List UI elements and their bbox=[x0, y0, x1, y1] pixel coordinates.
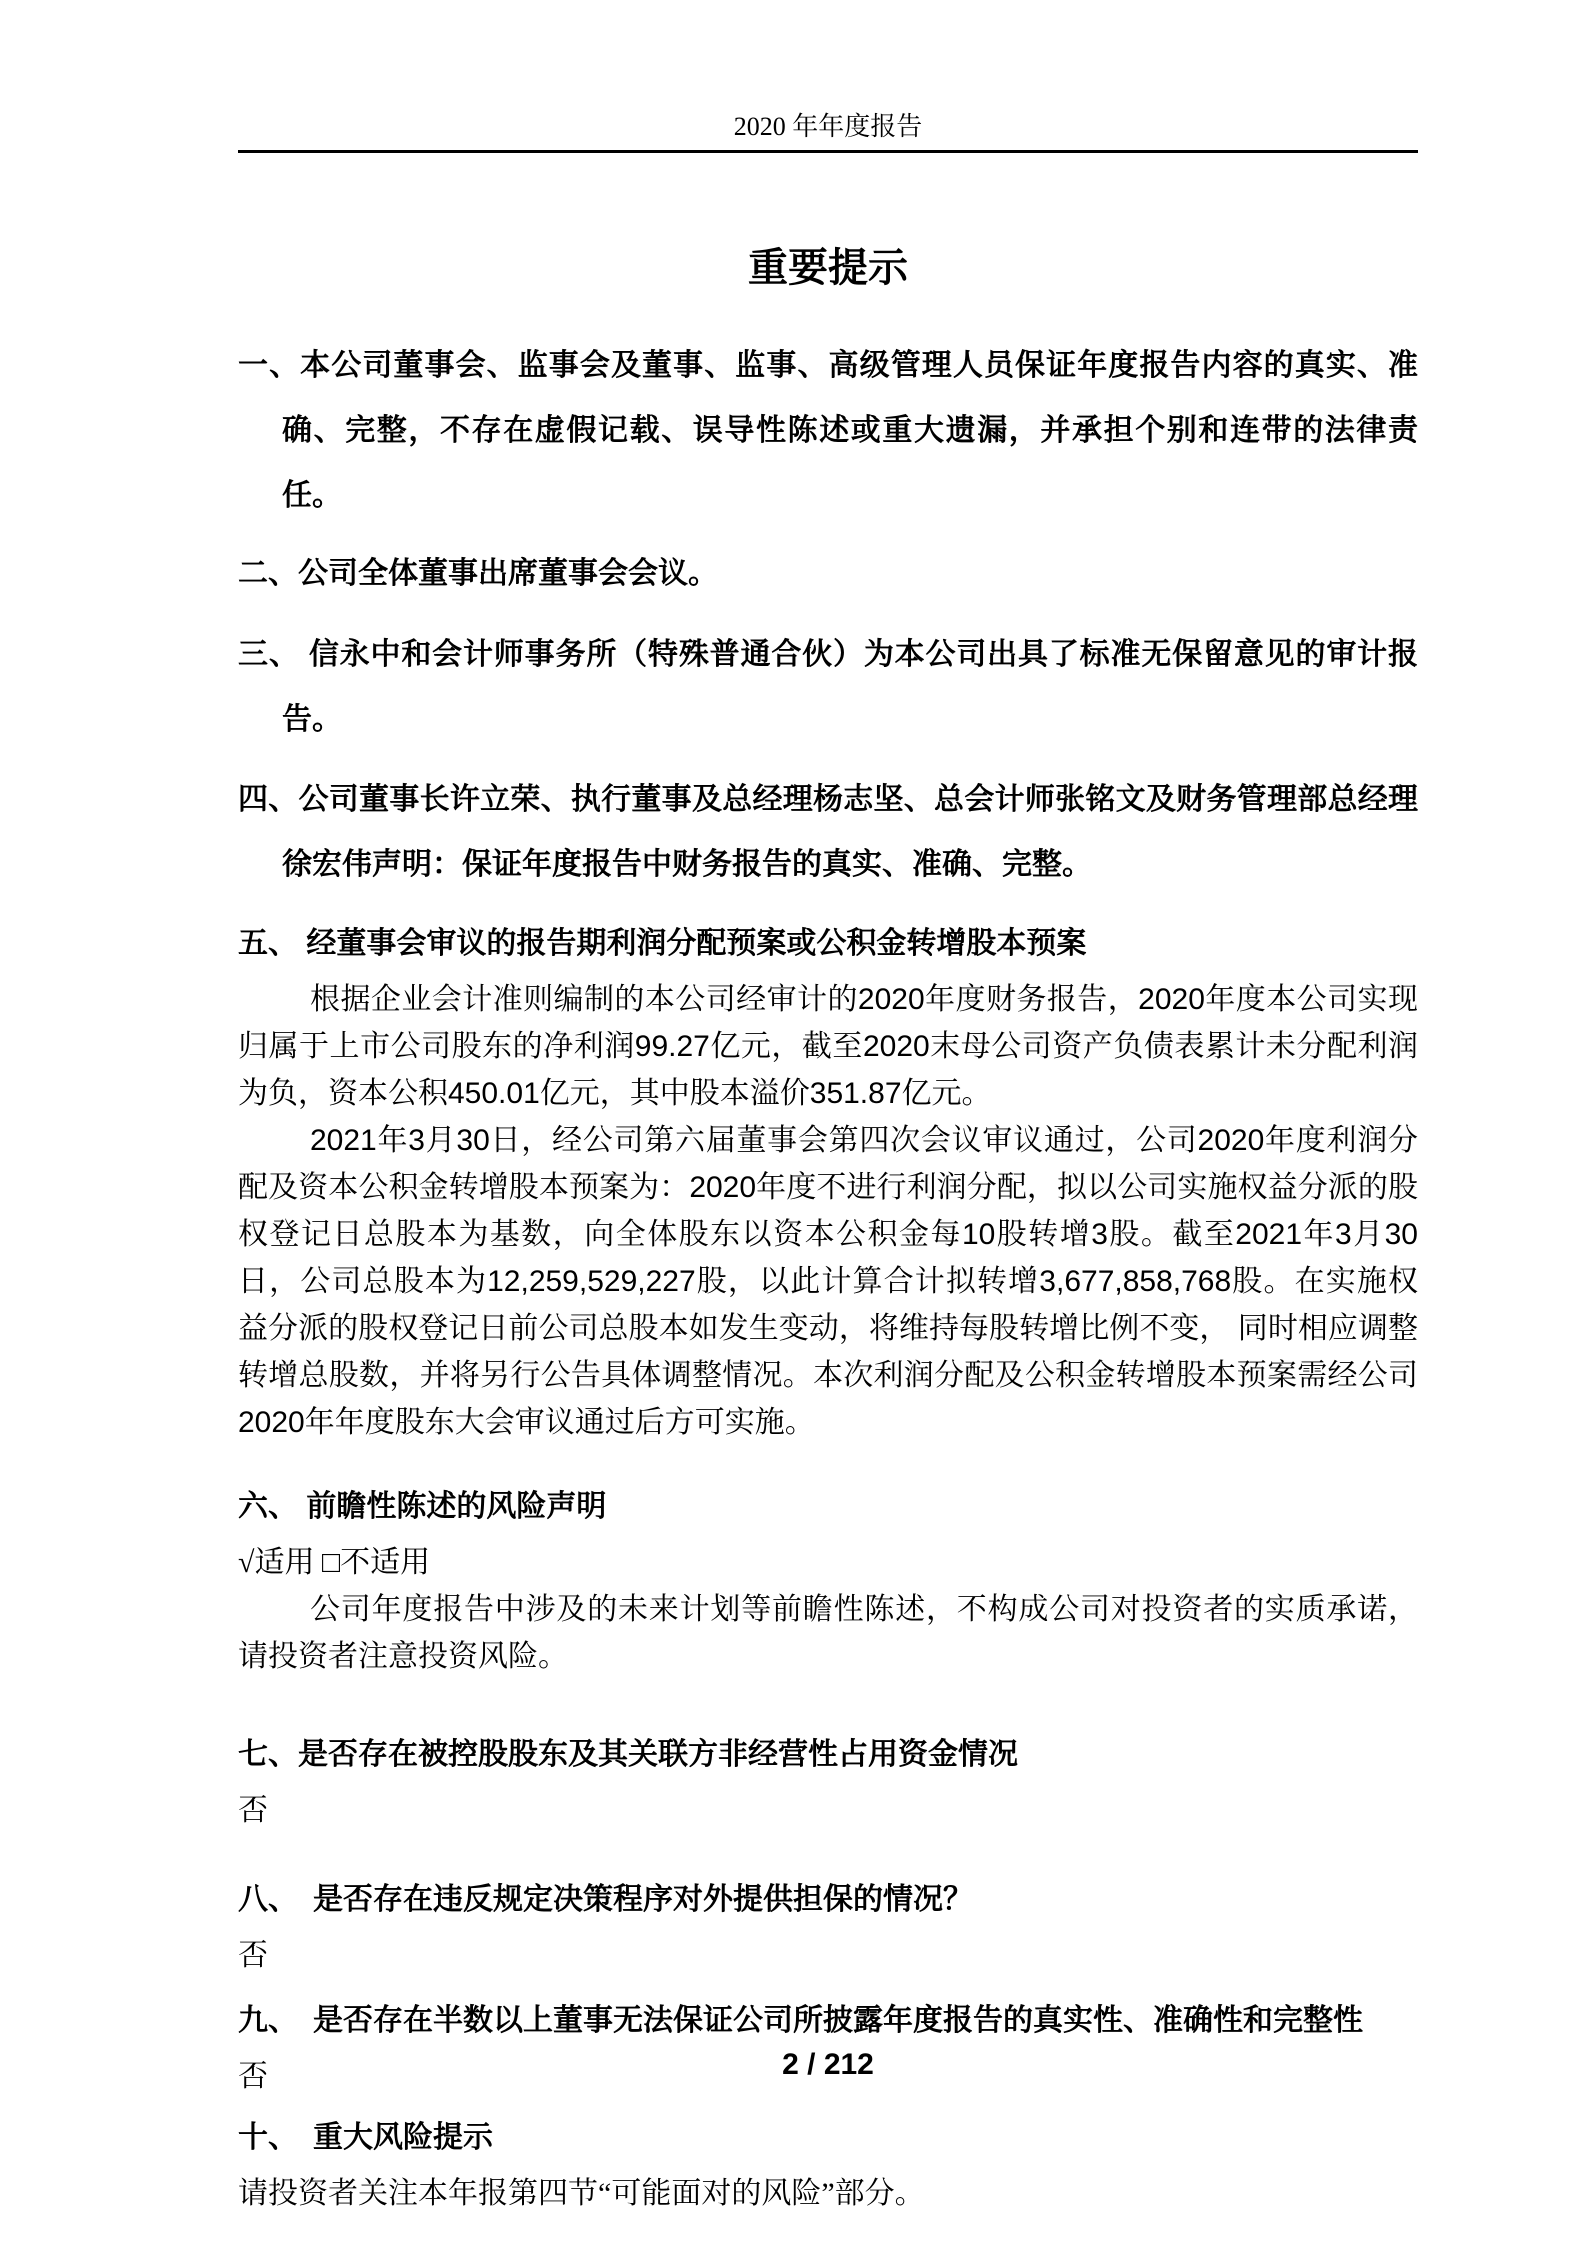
section-8-heading: 八、 是否存在违反规定决策程序对外提供担保的情况？ bbox=[238, 1867, 1418, 1932]
section-5-paragraph-1: 根据企业会计准则编制的本公司经审计的2020年度财务报告，2020年度本公司实现… bbox=[238, 976, 1418, 1117]
section-2-heading: 二、公司全体董事出席董事会会议。 bbox=[238, 541, 1418, 606]
section-3-heading: 三、 信永中和会计师事务所（特殊普通合伙）为本公司出具了标准无保留意见的审计报告… bbox=[238, 622, 1418, 752]
section-5-heading: 五、 经董事会审议的报告期利润分配预案或公积金转增股本预案 bbox=[238, 911, 1418, 976]
page-number: 2 / 212 bbox=[238, 2048, 1418, 2082]
section-4-heading: 四、公司董事长许立荣、执行董事及总经理杨志坚、总会计师张铭文及财务管理部总经理徐… bbox=[238, 767, 1418, 897]
section-6-paragraph-1: 公司年度报告中涉及的未来计划等前瞻性陈述，不构成公司对投资者的实质承诺，请投资者… bbox=[238, 1586, 1418, 1680]
page-title: 重要提示 bbox=[238, 245, 1418, 291]
section-7-answer: 否 bbox=[238, 1787, 1418, 1834]
page-header: 2020 年年度报告 bbox=[238, 0, 1418, 153]
section-1-heading: 一、本公司董事会、监事会及董事、监事、高级管理人员保证年度报告内容的真实、准确、… bbox=[238, 333, 1418, 528]
section-10-note: 请投资者关注本年报第四节“可能面对的风险”部分。 bbox=[238, 2170, 1418, 2217]
section-7-heading: 七、是否存在被控股股东及其关联方非经营性占用资金情况 bbox=[238, 1722, 1418, 1787]
section-8-answer: 否 bbox=[238, 1932, 1418, 1979]
header-title: 2020 年年度报告 bbox=[734, 112, 923, 141]
section-5-paragraph-2: 2021年3月30日，经公司第六届董事会第四次会议审议通过，公司2020年度利润… bbox=[238, 1117, 1418, 1446]
document-page: 2020 年年度报告 重要提示 一、本公司董事会、监事会及董事、监事、高级管理人… bbox=[0, 0, 1587, 2245]
section-10-heading: 十、 重大风险提示 bbox=[238, 2105, 1418, 2170]
applicability-line: √适用 □不适用 bbox=[238, 1539, 1418, 1586]
section-6-heading: 六、 前瞻性陈述的风险声明 bbox=[238, 1474, 1418, 1539]
section-9-heading: 九、 是否存在半数以上董事无法保证公司所披露年度报告的真实性、准确性和完整性 bbox=[238, 1988, 1418, 2053]
